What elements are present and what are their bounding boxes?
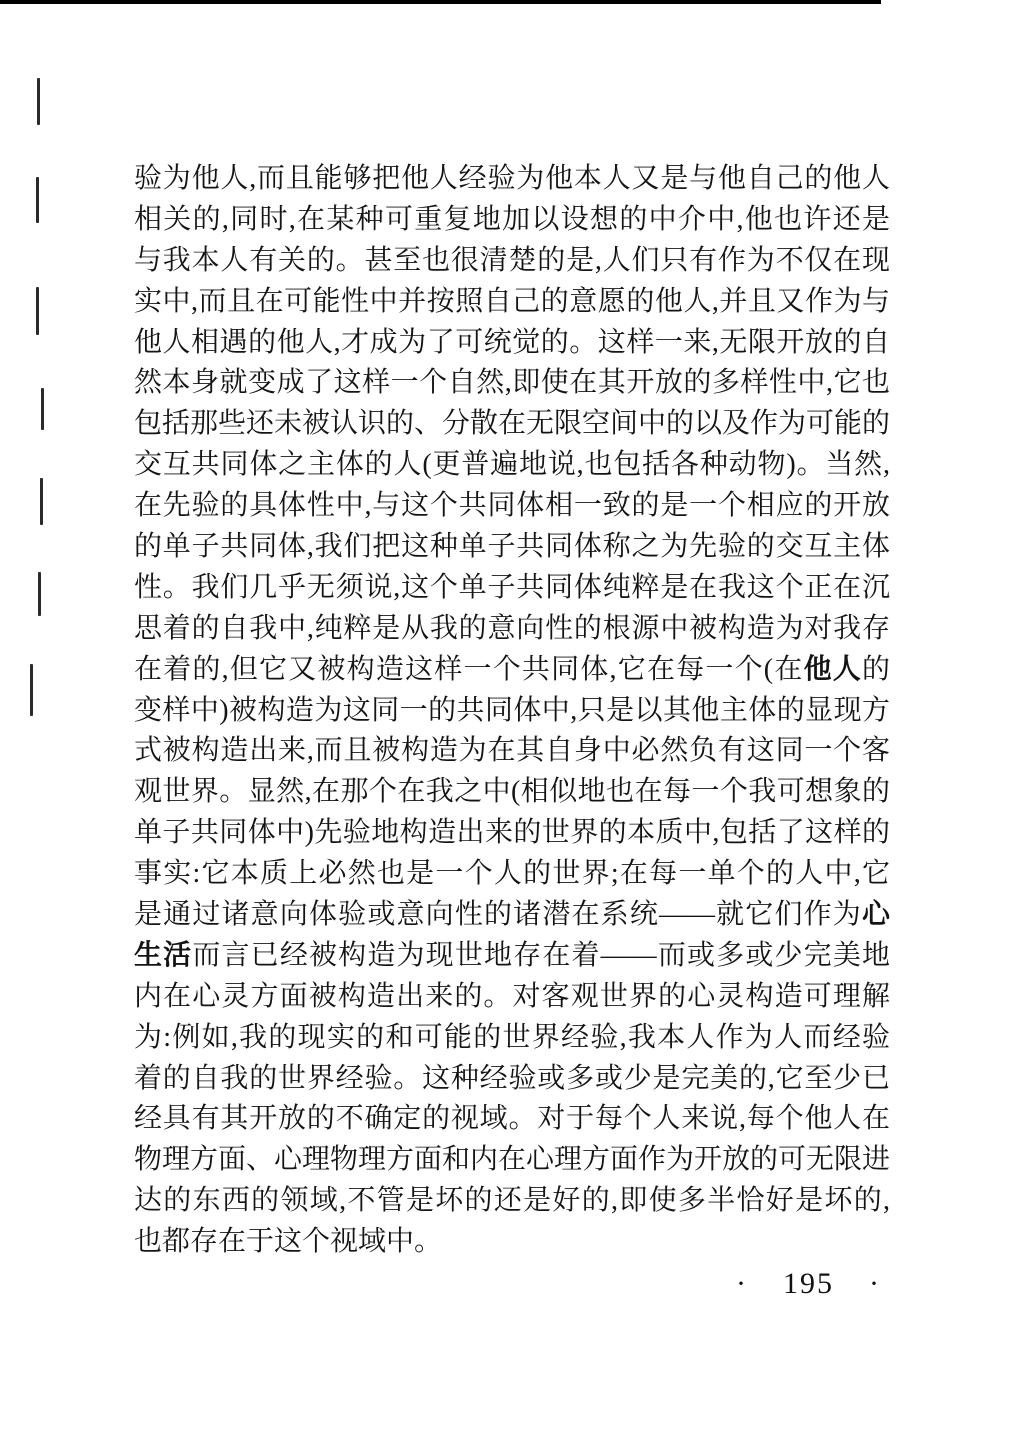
text-segment: 事实:它本质上必然也是一个人的世界;在每一单个的人中,它 (134, 858, 890, 889)
text-line: 是通过诸意向体验或意向性的诸潜在系统——就它们作为心灵 (134, 895, 890, 936)
scanned-page: 验为他人,而且能够把他人经验为他本人又是与他自己的他人相关的,同时,在某种可重复… (0, 0, 1013, 1439)
text-line: 实中,而且在可能性中并按照自己的意愿的他人,并且又作为与 (134, 282, 890, 323)
text-segment: 而言已经被构造为现世地存在着——而或多或少完美地在 (134, 940, 890, 977)
emphasized-text: 他人 (804, 654, 862, 685)
emphasized-text: 生活 (134, 940, 192, 971)
text-segment: 的 (862, 654, 890, 685)
text-segment: 然本身就变成了这样一个自然,即使在其开放的多样性中,它也 (134, 367, 890, 398)
body-text-block: 验为他人,而且能够把他人经验为他本人又是与他自己的他人相关的,同时,在某种可重复… (134, 159, 890, 1263)
margin-mark-artifact (37, 78, 40, 125)
text-line: 思着的自我中,纯粹是从我的意向性的根源中被构造为对我存 (134, 609, 890, 650)
text-segment: 也都存在于这个视域中。 (134, 1226, 442, 1257)
text-line: 内在心灵方面被构造出来的。对客观世界的心灵构造可理解 (134, 977, 890, 1018)
text-line: 生活而言已经被构造为现世地存在着——而或多或少完美地在 (134, 936, 890, 977)
text-segment: 与我本人有关的。甚至也很清楚的是,人们只有作为不仅在现 (134, 245, 890, 276)
text-segment: 变样中)被构造为这同一的共同体中,只是以其他主体的显现方 (134, 695, 890, 726)
margin-mark-artifact (40, 478, 43, 525)
text-line: 在着的,但它又被构造这样一个共同体,它在每一个(在他人的 (134, 650, 890, 691)
text-segment: 是通过诸意向体验或意向性的诸潜在系统——就它们作为 (134, 899, 862, 930)
text-segment: 式被构造出来,而且被构造为在其自身中必然负有这同一个客 (134, 735, 890, 766)
text-segment: 内在心灵方面被构造出来的。对客观世界的心灵构造可理解 (134, 981, 890, 1012)
text-segment: 相关的,同时,在某种可重复地加以设想的中介中,他也许还是 (134, 204, 890, 235)
top-edge-scan-line (0, 0, 881, 4)
text-segment: 着的自我的世界经验。这种经验或多或少是完美的,它至少已 (134, 1063, 890, 1094)
text-segment: 性。我们几乎无须说,这个单子共同体纯粹是在我这个正在沉 (134, 572, 890, 603)
text-segment: 观世界。显然,在那个在我之中(相似地也在每一个我可想象的 (134, 776, 890, 807)
text-line: 的单子共同体,我们把这种单子共同体称之为先验的交互主体 (134, 527, 890, 568)
text-segment: 单子共同体中)先验地构造出来的世界的本质中,包括了这样的 (134, 817, 890, 848)
text-line: 性。我们几乎无须说,这个单子共同体纯粹是在我这个正在沉 (134, 568, 890, 609)
text-line: 单子共同体中)先验地构造出来的世界的本质中,包括了这样的 (134, 813, 890, 854)
margin-mark-artifact (36, 287, 39, 335)
text-line: 事实:它本质上必然也是一个人的世界;在每一单个的人中,它 (134, 854, 890, 895)
text-line: 物理方面、心理物理方面和内在心理方面作为开放的可无限进 (134, 1140, 890, 1181)
text-segment: 思着的自我中,纯粹是从我的意向性的根源中被构造为对我存 (134, 613, 890, 644)
margin-mark-artifact (30, 664, 33, 716)
text-segment: 包括那些还未被认识的、分散在无限空间中的以及作为可能的 (134, 408, 890, 439)
margin-mark-artifact (38, 572, 41, 616)
text-segment: 经具有其开放的不确定的视域。对于每个人来说,每个他人在 (134, 1103, 890, 1134)
text-segment: 在先验的具体性中,与这个共同体相一致的是一个相应的开放 (134, 490, 890, 521)
text-segment: 验为他人,而且能够把他人经验为他本人又是与他自己的他人 (134, 163, 890, 194)
text-line: 然本身就变成了这样一个自然,即使在其开放的多样性中,它也 (134, 363, 890, 404)
text-line: 着的自我的世界经验。这种经验或多或少是完美的,它至少已 (134, 1059, 890, 1100)
text-line: 交互共同体之主体的人(更普遍地说,也包括各种动物)。当然, (134, 445, 890, 486)
text-segment: 实中,而且在可能性中并按照自己的意愿的他人,并且又作为与 (134, 286, 890, 317)
page-number: · 195 · (736, 1266, 881, 1302)
text-line: 与我本人有关的。甚至也很清楚的是,人们只有作为不仅在现 (134, 241, 890, 282)
text-line: 在先验的具体性中,与这个共同体相一致的是一个相应的开放 (134, 486, 890, 527)
text-line: 变样中)被构造为这同一的共同体中,只是以其他主体的显现方 (134, 691, 890, 732)
text-segment: 交互共同体之主体的人(更普遍地说,也包括各种动物)。当然, (134, 449, 890, 480)
text-segment: 物理方面、心理物理方面和内在心理方面作为开放的可无限进 (134, 1144, 890, 1175)
text-segment: 的单子共同体,我们把这种单子共同体称之为先验的交互主体 (134, 531, 890, 562)
text-line: 经具有其开放的不确定的视域。对于每个人来说,每个他人在 (134, 1099, 890, 1140)
text-line: 也都存在于这个视域中。 (134, 1222, 890, 1263)
text-segment: 达的东西的领域,不管是坏的还是好的,即使多半恰好是坏的, (134, 1185, 890, 1216)
text-line: 相关的,同时,在某种可重复地加以设想的中介中,他也许还是 (134, 200, 890, 241)
text-line: 观世界。显然,在那个在我之中(相似地也在每一个我可想象的 (134, 772, 890, 813)
text-line: 为:例如,我的现实的和可能的世界经验,我本人作为人而经验 (134, 1018, 890, 1059)
text-line: 包括那些还未被认识的、分散在无限空间中的以及作为可能的 (134, 404, 890, 445)
margin-mark-artifact (41, 388, 44, 430)
margin-mark-artifact (36, 177, 39, 223)
text-line: 验为他人,而且能够把他人经验为他本人又是与他自己的他人 (134, 159, 890, 200)
text-segment: 在着的,但它又被构造这样一个共同体,它在每一个(在 (134, 654, 804, 685)
text-line: 他人相遇的他人,才成为了可统觉的。这样一来,无限开放的自 (134, 323, 890, 364)
text-line: 式被构造出来,而且被构造为在其自身中必然负有这同一个客 (134, 731, 890, 772)
text-segment: 他人相遇的他人,才成为了可统觉的。这样一来,无限开放的自 (134, 327, 890, 358)
text-segment: 为:例如,我的现实的和可能的世界经验,我本人作为人而经验 (134, 1022, 890, 1053)
text-line: 达的东西的领域,不管是坏的还是好的,即使多半恰好是坏的, (134, 1181, 890, 1222)
